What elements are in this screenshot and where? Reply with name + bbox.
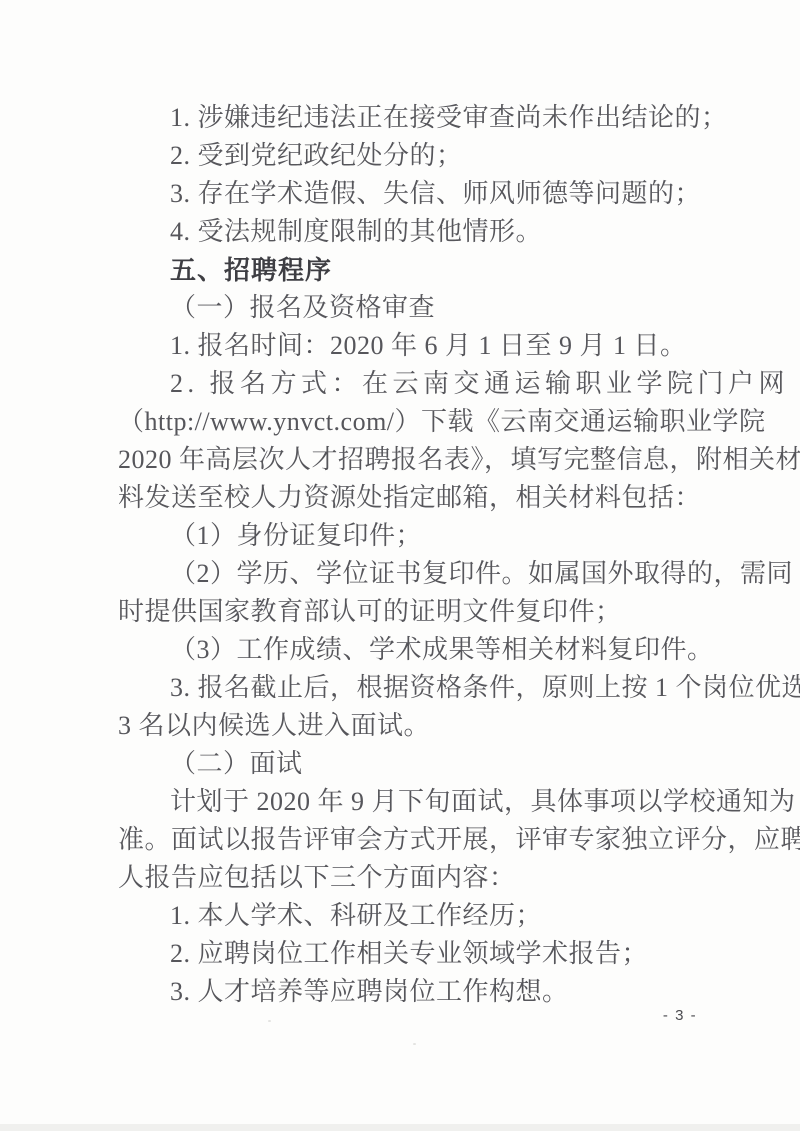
text-line: （1）身份证复印件； bbox=[118, 517, 704, 555]
text-line: 1. 本人学术、科研及工作经历； bbox=[118, 897, 704, 935]
document-page: 1. 涉嫌违纪违法正在接受审查尚未作出结论的；2. 受到党纪政纪处分的；3. 存… bbox=[0, 0, 800, 1131]
text-line: 时提供国家教育部认可的证明文件复印件； bbox=[118, 593, 704, 631]
text-line: 3. 人才培养等应聘岗位工作构想。 bbox=[118, 973, 704, 1011]
text-line: 计划于 2020 年 9 月下旬面试，具体事项以学校通知为 bbox=[118, 783, 704, 821]
text-line: （一）报名及资格审查 bbox=[118, 289, 704, 327]
section-heading: 五、招聘程序 bbox=[118, 251, 704, 289]
text-line: 3 名以内候选人进入面试。 bbox=[118, 707, 704, 745]
text-line: 2. 报名方式：在云南交通运输职业学院门户网 bbox=[118, 365, 704, 403]
text-line: 3. 报名截止后，根据资格条件，原则上按 1 个岗位优选 bbox=[118, 669, 704, 707]
text-line: 3. 存在学术造假、失信、师风师德等问题的； bbox=[118, 175, 704, 213]
text-line: 2. 应聘岗位工作相关专业领域学术报告； bbox=[118, 935, 704, 973]
text-line: 2020 年高层次人才招聘报名表》，填写完整信息，附相关材 bbox=[118, 441, 704, 479]
text-line: 2. 受到党纪政纪处分的； bbox=[118, 137, 704, 175]
text-line: 4. 受法规制度限制的其他情形。 bbox=[118, 213, 704, 251]
document-body: 1. 涉嫌违纪违法正在接受审查尚未作出结论的；2. 受到党纪政纪处分的；3. 存… bbox=[118, 99, 704, 1011]
text-line: 1. 涉嫌违纪违法正在接受审查尚未作出结论的； bbox=[118, 99, 704, 137]
text-line: （3）工作成绩、学术成果等相关材料复印件。 bbox=[118, 631, 704, 669]
text-line: （http://www.ynvct.com/）下载《云南交通运输职业学院 bbox=[118, 403, 704, 441]
text-line: （二）面试 bbox=[118, 745, 704, 783]
page-number: - 3 - bbox=[650, 1007, 710, 1024]
text-line: （2）学历、学位证书复印件。如属国外取得的，需同 bbox=[118, 555, 704, 593]
scan-speck bbox=[413, 1043, 416, 1045]
text-line: 准。面试以报告评审会方式开展，评审专家独立评分，应聘 bbox=[118, 821, 704, 859]
text-line: 人报告应包括以下三个方面内容： bbox=[118, 859, 704, 897]
scan-speck bbox=[268, 1020, 271, 1022]
text-line: 1. 报名时间：2020 年 6 月 1 日至 9 月 1 日。 bbox=[118, 327, 704, 365]
text-line: 料发送至校人力资源处指定邮箱，相关材料包括： bbox=[118, 479, 704, 517]
scan-bottom-edge bbox=[0, 1124, 800, 1131]
